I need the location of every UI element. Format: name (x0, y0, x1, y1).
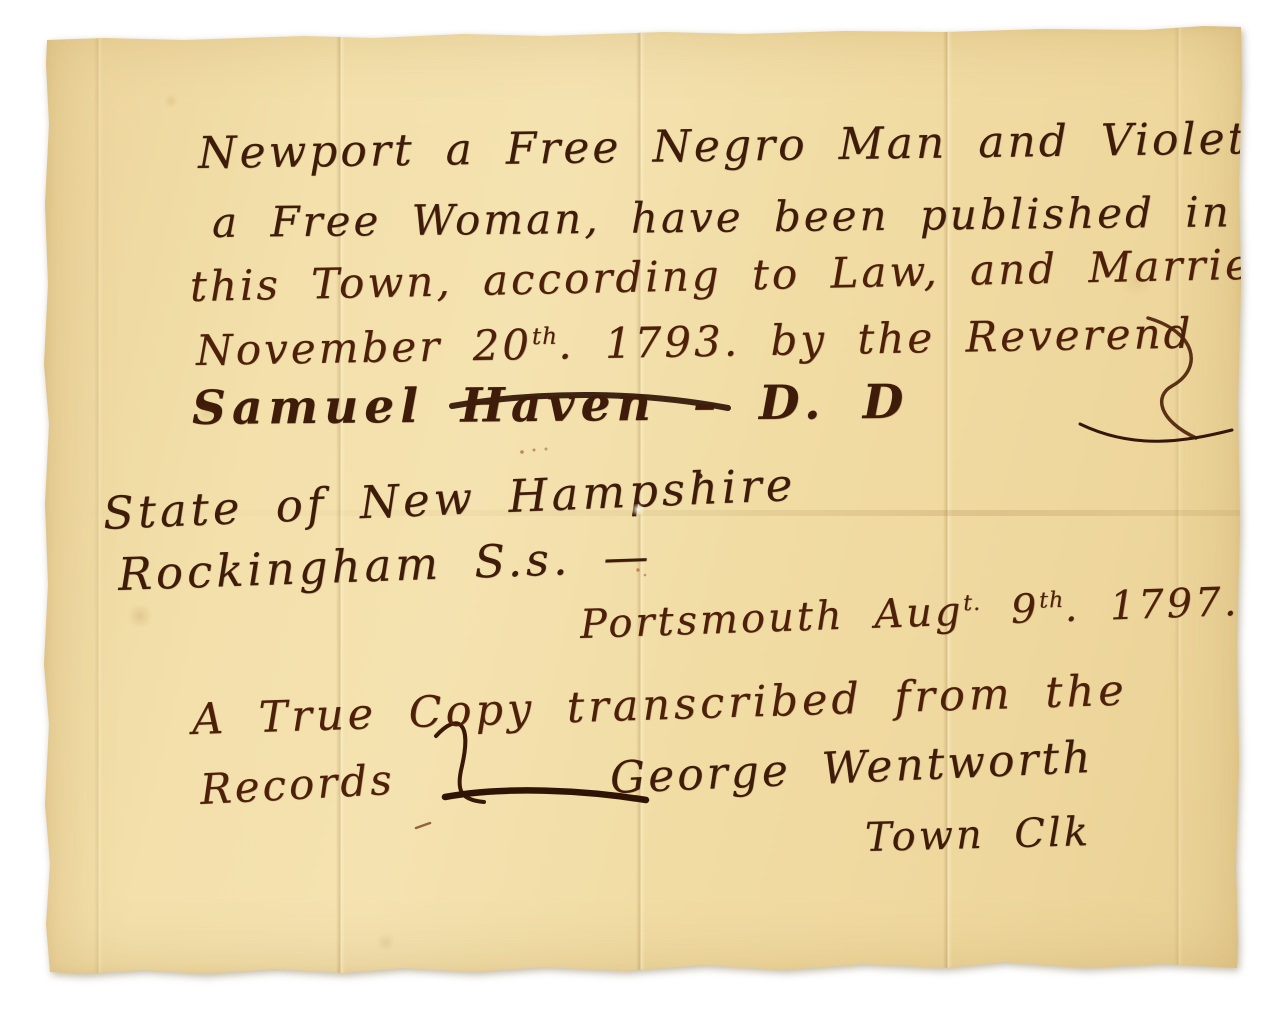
handwritten-line-county: Rockingham S.s. — (117, 529, 653, 601)
fold-crease-vertical-5 (1174, 24, 1183, 976)
line-4-text-cont: . 1793. by the Reverend (558, 309, 1194, 369)
ink-speck (545, 448, 548, 451)
document-paper: Newport a Free Negro Man and Violet a Fr… (44, 24, 1244, 976)
handwritten-line-title-clerk: Town Clk (864, 809, 1091, 861)
dd-flourish (1080, 424, 1232, 441)
handwritten-line-records: Records (199, 755, 396, 814)
ink-speck (533, 449, 536, 452)
handwritten-line-signature-wentworth: George Wentworth (609, 732, 1095, 804)
scan-background: Newport a Free Negro Man and Violet a Fr… (0, 0, 1288, 1009)
handwritten-line-dateline: Portsmouth Augt. 9th. 1797. (579, 579, 1240, 648)
ink-speck (520, 450, 524, 454)
line-8-text-cont: 9 (980, 586, 1040, 634)
handwritten-line-4: November 20th. 1793. by the Reverend (196, 309, 1194, 375)
handwritten-line-3: this Town, according to Law, and Married (189, 239, 1283, 311)
handwritten-line-1: Newport a Free Negro Man and Violet (198, 113, 1249, 179)
handwritten-line-attestation: A True Copy transcribed from the (191, 666, 1128, 745)
line-8-superscript-2: th (1039, 588, 1065, 614)
line-4-superscript: th (532, 324, 559, 350)
line-8-text-end: . 1797. (1064, 579, 1240, 631)
handwritten-line-signature-haven: Samuel Haven – D. D (192, 375, 910, 436)
line-8-superscript-1: t. (963, 591, 982, 617)
handwritten-line-state: State of New Hampshire (102, 458, 797, 540)
handwritten-line-2: a Free Woman, have been published in (212, 187, 1232, 247)
line-8-text: Portsmouth Aug (579, 589, 964, 648)
ink-tick (416, 823, 430, 828)
line-4-text: November 20 (196, 320, 533, 375)
